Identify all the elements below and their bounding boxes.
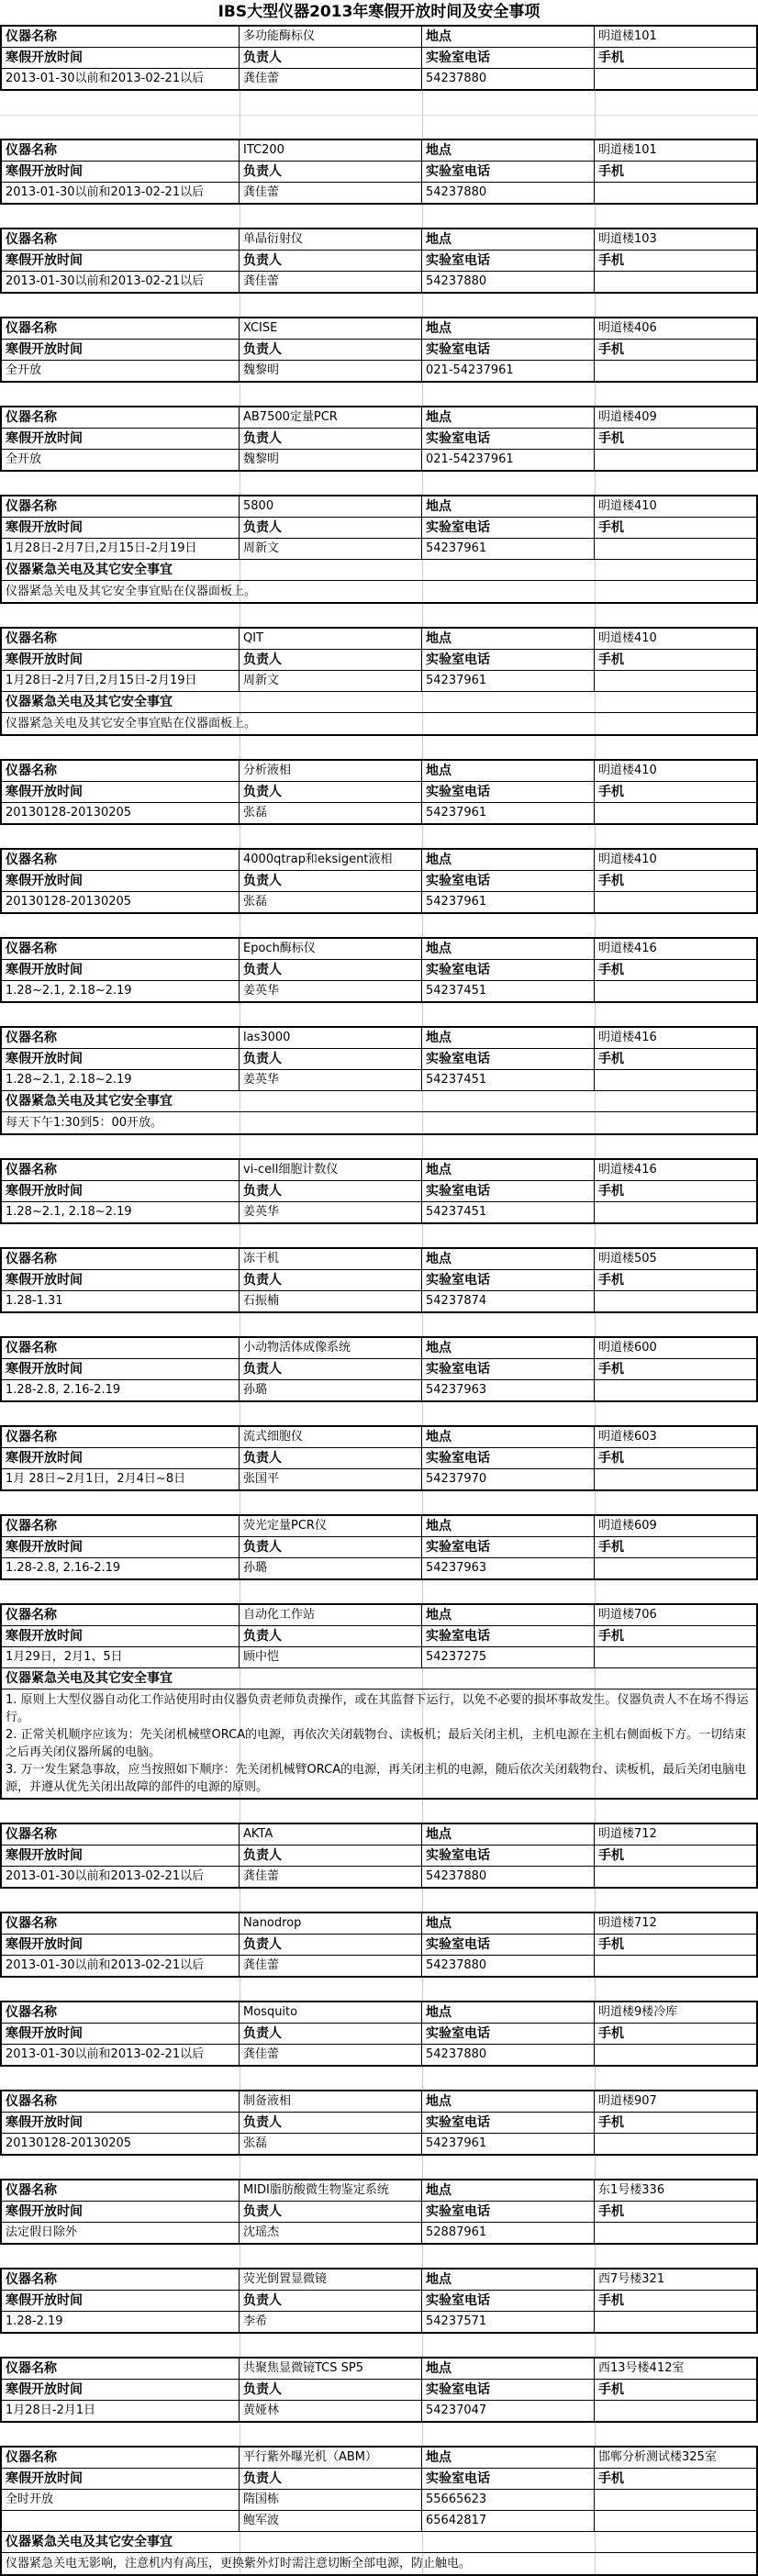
open-time-cell[interactable]: 2013-01-30以前和2013-02-21以后 bbox=[2, 1867, 240, 1887]
mobile-cell[interactable] bbox=[595, 1291, 756, 1311]
person-label-cell[interactable]: 负责人 bbox=[240, 1270, 422, 1290]
open-time-cell[interactable]: 全开放 bbox=[2, 361, 240, 381]
lab-phone-label-cell[interactable]: 实验室电话 bbox=[422, 871, 595, 891]
location-value-cell[interactable]: 邯郸分析测试楼325室 bbox=[595, 2448, 756, 2468]
mobile-cell[interactable] bbox=[595, 450, 756, 470]
lab-phone-cell[interactable]: 54237880 bbox=[422, 1956, 595, 1976]
lab-phone-label-cell[interactable]: 实验室电话 bbox=[422, 1846, 595, 1866]
person-cell[interactable]: 张磊 bbox=[240, 892, 422, 912]
instrument-name-value-cell[interactable]: 冻干机 bbox=[240, 1249, 422, 1269]
location-value-cell[interactable]: 明道楼409 bbox=[595, 407, 756, 428]
open-time-cell[interactable]: 20130128-20130205 bbox=[2, 803, 240, 823]
safety-header-cell[interactable]: 仪器紧急关电及其它安全事宜 bbox=[2, 1668, 756, 1689]
location-label-cell[interactable]: 地点 bbox=[422, 1913, 595, 1934]
instrument-name-label-cell[interactable]: 仪器名称 bbox=[2, 496, 240, 517]
location-label-cell[interactable]: 地点 bbox=[422, 1516, 595, 1536]
open-time-cell[interactable]: 全时开放 bbox=[2, 2490, 240, 2510]
instrument-name-value-cell[interactable]: AB7500定量PCR bbox=[240, 407, 422, 428]
person-cell[interactable]: 周新文 bbox=[240, 671, 422, 691]
mobile-label-cell[interactable]: 手机 bbox=[595, 1626, 756, 1646]
mobile-cell[interactable] bbox=[595, 1558, 756, 1578]
location-value-cell[interactable]: 明道楼416 bbox=[595, 1160, 756, 1180]
instrument-name-label-cell[interactable]: 仪器名称 bbox=[2, 1824, 240, 1845]
instrument-name-label-cell[interactable]: 仪器名称 bbox=[2, 2359, 240, 2379]
person-label-cell[interactable]: 负责人 bbox=[240, 162, 422, 182]
person-cell[interactable]: 黄娅林 bbox=[240, 2401, 422, 2421]
open-time-cell[interactable]: 1.28~2.1, 2.18~2.19 bbox=[2, 1202, 240, 1222]
lab-phone-cell[interactable]: 54237451 bbox=[422, 1202, 595, 1222]
lab-phone-label-cell[interactable]: 实验室电话 bbox=[422, 2202, 595, 2222]
person-label-cell[interactable]: 负责人 bbox=[240, 1359, 422, 1379]
instrument-name-value-cell[interactable]: 流式细胞仪 bbox=[240, 1427, 422, 1447]
instrument-name-value-cell[interactable]: 多功能酶标仪 bbox=[240, 27, 422, 47]
mobile-label-cell[interactable]: 手机 bbox=[595, 1935, 756, 1955]
lab-phone-label-cell[interactable]: 实验室电话 bbox=[422, 960, 595, 980]
open-time-cell[interactable]: 2013-01-30以前和2013-02-21以后 bbox=[2, 2045, 240, 2065]
location-label-cell[interactable]: 地点 bbox=[422, 850, 595, 870]
location-label-cell[interactable]: 地点 bbox=[422, 407, 595, 428]
open-time-cell[interactable] bbox=[2, 2511, 240, 2531]
lab-phone-cell[interactable]: 54237961 bbox=[422, 2134, 595, 2154]
person-cell[interactable]: 鲍军波 bbox=[240, 2511, 422, 2531]
instrument-name-label-cell[interactable]: 仪器名称 bbox=[2, 229, 240, 250]
instrument-name-label-cell[interactable]: 仪器名称 bbox=[2, 140, 240, 161]
lab-phone-cell[interactable]: 54237047 bbox=[422, 2401, 595, 2421]
location-value-cell[interactable]: 西13号楼412室 bbox=[595, 2359, 756, 2379]
person-label-cell[interactable]: 负责人 bbox=[240, 2469, 422, 2489]
location-value-cell[interactable]: 明道楼712 bbox=[595, 1824, 756, 1845]
lab-phone-label-cell[interactable]: 实验室电话 bbox=[422, 2024, 595, 2044]
lab-phone-cell[interactable]: 55665623 bbox=[422, 2490, 595, 2510]
safety-header-cell[interactable]: 仪器紧急关电及其它安全事宜 bbox=[2, 692, 756, 712]
instrument-name-value-cell[interactable]: 荧光倒置显微镜 bbox=[240, 2269, 422, 2290]
person-label-cell[interactable]: 负责人 bbox=[240, 871, 422, 891]
person-cell[interactable]: 孙璐 bbox=[240, 1558, 422, 1578]
instrument-name-label-cell[interactable]: 仪器名称 bbox=[2, 2269, 240, 2290]
mobile-cell[interactable] bbox=[595, 1956, 756, 1976]
mobile-label-cell[interactable]: 手机 bbox=[595, 2202, 756, 2222]
instrument-name-label-cell[interactable]: 仪器名称 bbox=[2, 27, 240, 47]
mobile-cell[interactable] bbox=[595, 1469, 756, 1489]
mobile-label-cell[interactable]: 手机 bbox=[595, 162, 756, 182]
safety-note-cell[interactable]: 1. 原则上大型仪器自动化工作站使用时由仪器负责老师负责操作，或在其监督下运行，… bbox=[2, 1689, 756, 1798]
person-cell[interactable]: 顾中恺 bbox=[240, 1647, 422, 1667]
lab-phone-label-cell[interactable]: 实验室电话 bbox=[422, 162, 595, 182]
person-label-cell[interactable]: 负责人 bbox=[240, 782, 422, 802]
person-label-cell[interactable]: 负责人 bbox=[240, 1935, 422, 1955]
person-label-cell[interactable]: 负责人 bbox=[240, 960, 422, 980]
open-time-cell[interactable]: 1.28~2.1, 2.18~2.19 bbox=[2, 981, 240, 1001]
lab-phone-label-cell[interactable]: 实验室电话 bbox=[422, 2291, 595, 2311]
location-label-cell[interactable]: 地点 bbox=[422, 2448, 595, 2468]
location-value-cell[interactable]: 明道楼410 bbox=[595, 761, 756, 781]
mobile-cell[interactable] bbox=[595, 183, 756, 203]
mobile-cell[interactable] bbox=[595, 2223, 756, 2243]
person-cell[interactable]: 姜英华 bbox=[240, 1070, 422, 1090]
person-label-cell[interactable]: 负责人 bbox=[240, 650, 422, 670]
person-cell[interactable]: 姜英华 bbox=[240, 981, 422, 1001]
mobile-cell[interactable] bbox=[595, 69, 756, 89]
open-time-cell[interactable]: 1月28日-2月7日,2月15日-2月19日 bbox=[2, 539, 240, 559]
lab-phone-cell[interactable]: 54237880 bbox=[422, 1867, 595, 1887]
lab-phone-cell[interactable]: 54237880 bbox=[422, 272, 595, 292]
mobile-cell[interactable] bbox=[595, 803, 756, 823]
open-time-cell[interactable]: 20130128-20130205 bbox=[2, 2134, 240, 2154]
mobile-cell[interactable] bbox=[595, 2134, 756, 2154]
open-time-label-cell[interactable]: 寒假开放时间 bbox=[2, 2380, 240, 2400]
mobile-label-cell[interactable]: 手机 bbox=[595, 340, 756, 360]
lab-phone-label-cell[interactable]: 实验室电话 bbox=[422, 429, 595, 449]
location-label-cell[interactable]: 地点 bbox=[422, 2180, 595, 2201]
lab-phone-cell[interactable]: 65642817 bbox=[422, 2511, 595, 2531]
lab-phone-cell[interactable]: 54237961 bbox=[422, 671, 595, 691]
mobile-label-cell[interactable]: 手机 bbox=[595, 2380, 756, 2400]
location-label-cell[interactable]: 地点 bbox=[422, 27, 595, 47]
open-time-cell[interactable]: 1.28~2.1, 2.18~2.19 bbox=[2, 1070, 240, 1090]
open-time-label-cell[interactable]: 寒假开放时间 bbox=[2, 429, 240, 449]
lab-phone-cell[interactable]: 54237451 bbox=[422, 1070, 595, 1090]
lab-phone-label-cell[interactable]: 实验室电话 bbox=[422, 1270, 595, 1290]
instrument-name-value-cell[interactable]: 分析液相 bbox=[240, 761, 422, 781]
instrument-name-label-cell[interactable]: 仪器名称 bbox=[2, 629, 240, 649]
lab-phone-label-cell[interactable]: 实验室电话 bbox=[422, 1935, 595, 1955]
location-value-cell[interactable]: 明道楼416 bbox=[595, 1028, 756, 1048]
mobile-cell[interactable] bbox=[595, 539, 756, 559]
safety-note-cell[interactable]: 仪器紧急关电及其它安全事宜贴在仪器面板上。 bbox=[2, 581, 756, 602]
open-time-cell[interactable]: 1.28-2.8, 2.16-2.19 bbox=[2, 1558, 240, 1578]
mobile-cell[interactable] bbox=[595, 892, 756, 912]
open-time-cell[interactable]: 1月29日，2月1、5日 bbox=[2, 1647, 240, 1667]
lab-phone-label-cell[interactable]: 实验室电话 bbox=[422, 1448, 595, 1468]
mobile-label-cell[interactable]: 手机 bbox=[595, 1049, 756, 1069]
person-cell[interactable]: 魏黎明 bbox=[240, 361, 422, 381]
lab-phone-cell[interactable]: 54237970 bbox=[422, 1469, 595, 1489]
person-label-cell[interactable]: 负责人 bbox=[240, 429, 422, 449]
location-value-cell[interactable]: 明道楼603 bbox=[595, 1427, 756, 1447]
lab-phone-cell[interactable]: 54237963 bbox=[422, 1558, 595, 1578]
location-label-cell[interactable]: 地点 bbox=[422, 1824, 595, 1845]
mobile-cell[interactable] bbox=[595, 1070, 756, 1090]
open-time-label-cell[interactable]: 寒假开放时间 bbox=[2, 2024, 240, 2044]
person-cell[interactable]: 隋国栋 bbox=[240, 2490, 422, 2510]
open-time-label-cell[interactable]: 寒假开放时间 bbox=[2, 48, 240, 68]
open-time-label-cell[interactable]: 寒假开放时间 bbox=[2, 1448, 240, 1468]
location-label-cell[interactable]: 地点 bbox=[422, 318, 595, 339]
location-label-cell[interactable]: 地点 bbox=[422, 2269, 595, 2290]
instrument-name-value-cell[interactable]: AKTA bbox=[240, 1824, 422, 1845]
mobile-label-cell[interactable]: 手机 bbox=[595, 782, 756, 802]
location-value-cell[interactable]: 明道楼609 bbox=[595, 1516, 756, 1536]
person-cell[interactable]: 龚佳蕾 bbox=[240, 69, 422, 89]
open-time-cell[interactable]: 2013-01-30以前和2013-02-21以后 bbox=[2, 272, 240, 292]
person-cell[interactable]: 龚佳蕾 bbox=[240, 183, 422, 203]
mobile-cell[interactable] bbox=[595, 1202, 756, 1222]
mobile-label-cell[interactable]: 手机 bbox=[595, 650, 756, 670]
lab-phone-cell[interactable]: 54237571 bbox=[422, 2312, 595, 2332]
mobile-cell[interactable] bbox=[595, 361, 756, 381]
open-time-label-cell[interactable]: 寒假开放时间 bbox=[2, 1626, 240, 1646]
lab-phone-label-cell[interactable]: 实验室电话 bbox=[422, 518, 595, 538]
lab-phone-cell[interactable]: 54237880 bbox=[422, 2045, 595, 2065]
location-label-cell[interactable]: 地点 bbox=[422, 1160, 595, 1180]
location-value-cell[interactable]: 明道楼706 bbox=[595, 1605, 756, 1625]
location-label-cell[interactable]: 地点 bbox=[422, 1338, 595, 1358]
open-time-label-cell[interactable]: 寒假开放时间 bbox=[2, 871, 240, 891]
lab-phone-label-cell[interactable]: 实验室电话 bbox=[422, 340, 595, 360]
mobile-label-cell[interactable]: 手机 bbox=[595, 2113, 756, 2133]
open-time-label-cell[interactable]: 寒假开放时间 bbox=[2, 518, 240, 538]
lab-phone-label-cell[interactable]: 实验室电话 bbox=[422, 1049, 595, 1069]
open-time-cell[interactable]: 2013-01-30以前和2013-02-21以后 bbox=[2, 183, 240, 203]
location-value-cell[interactable]: 明道楼103 bbox=[595, 229, 756, 250]
location-value-cell[interactable]: 明道楼712 bbox=[595, 1913, 756, 1934]
instrument-name-value-cell[interactable]: 5800 bbox=[240, 496, 422, 517]
instrument-name-value-cell[interactable]: las3000 bbox=[240, 1028, 422, 1048]
location-value-cell[interactable]: 西7号楼321 bbox=[595, 2269, 756, 2290]
safety-header-cell[interactable]: 仪器紧急关电及其它安全事宜 bbox=[2, 2532, 756, 2552]
instrument-name-label-cell[interactable]: 仪器名称 bbox=[2, 1028, 240, 1048]
lab-phone-cell[interactable]: 021-54237961 bbox=[422, 361, 595, 381]
open-time-cell[interactable]: 全开放 bbox=[2, 450, 240, 470]
person-label-cell[interactable]: 负责人 bbox=[240, 1181, 422, 1201]
open-time-label-cell[interactable]: 寒假开放时间 bbox=[2, 1537, 240, 1557]
person-label-cell[interactable]: 负责人 bbox=[240, 1537, 422, 1557]
mobile-label-cell[interactable]: 手机 bbox=[595, 1181, 756, 1201]
mobile-label-cell[interactable]: 手机 bbox=[595, 1846, 756, 1866]
open-time-cell[interactable]: 1.28-2.8, 2.16-2.19 bbox=[2, 1380, 240, 1400]
open-time-cell[interactable]: 1.28-2.19 bbox=[2, 2312, 240, 2332]
open-time-label-cell[interactable]: 寒假开放时间 bbox=[2, 340, 240, 360]
instrument-name-label-cell[interactable]: 仪器名称 bbox=[2, 2448, 240, 2468]
lab-phone-label-cell[interactable]: 实验室电话 bbox=[422, 2113, 595, 2133]
lab-phone-label-cell[interactable]: 实验室电话 bbox=[422, 650, 595, 670]
instrument-name-label-cell[interactable]: 仪器名称 bbox=[2, 2180, 240, 2201]
mobile-cell[interactable] bbox=[595, 1380, 756, 1400]
person-cell[interactable]: 张磊 bbox=[240, 2134, 422, 2154]
instrument-name-value-cell[interactable]: 共聚焦显微镜TCS SP5 bbox=[240, 2359, 422, 2379]
mobile-label-cell[interactable]: 手机 bbox=[595, 518, 756, 538]
location-value-cell[interactable]: 明道楼101 bbox=[595, 140, 756, 161]
person-label-cell[interactable]: 负责人 bbox=[240, 1846, 422, 1866]
open-time-cell[interactable]: 2013-01-30以前和2013-02-21以后 bbox=[2, 69, 240, 89]
lab-phone-cell[interactable]: 54237961 bbox=[422, 803, 595, 823]
location-value-cell[interactable]: 明道楼416 bbox=[595, 939, 756, 959]
location-label-cell[interactable]: 地点 bbox=[422, 1605, 595, 1625]
person-cell[interactable]: 龚佳蕾 bbox=[240, 2045, 422, 2065]
instrument-name-label-cell[interactable]: 仪器名称 bbox=[2, 1516, 240, 1536]
instrument-name-value-cell[interactable]: XCISE bbox=[240, 318, 422, 339]
instrument-name-value-cell[interactable]: ITC200 bbox=[240, 140, 422, 161]
instrument-name-label-cell[interactable]: 仪器名称 bbox=[2, 2002, 240, 2023]
location-value-cell[interactable]: 明道楼406 bbox=[595, 318, 756, 339]
lab-phone-label-cell[interactable]: 实验室电话 bbox=[422, 2380, 595, 2400]
safety-note-cell[interactable]: 仪器紧急关电及其它安全事宜贴在仪器面板上。 bbox=[2, 713, 756, 734]
mobile-label-cell[interactable]: 手机 bbox=[595, 251, 756, 271]
open-time-label-cell[interactable]: 寒假开放时间 bbox=[2, 1359, 240, 1379]
instrument-name-value-cell[interactable]: Nanodrop bbox=[240, 1913, 422, 1934]
open-time-label-cell[interactable]: 寒假开放时间 bbox=[2, 960, 240, 980]
location-value-cell[interactable]: 明道楼101 bbox=[595, 27, 756, 47]
instrument-name-value-cell[interactable]: 制备液相 bbox=[240, 2091, 422, 2112]
lab-phone-cell[interactable]: 54237880 bbox=[422, 183, 595, 203]
open-time-label-cell[interactable]: 寒假开放时间 bbox=[2, 782, 240, 802]
location-label-cell[interactable]: 地点 bbox=[422, 629, 595, 649]
person-cell[interactable]: 魏黎明 bbox=[240, 450, 422, 470]
lab-phone-label-cell[interactable]: 实验室电话 bbox=[422, 1359, 595, 1379]
mobile-cell[interactable] bbox=[595, 2045, 756, 2065]
person-cell[interactable]: 龚佳蕾 bbox=[240, 1956, 422, 1976]
safety-header-cell[interactable]: 仪器紧急关电及其它安全事宜 bbox=[2, 560, 756, 580]
instrument-name-label-cell[interactable]: 仪器名称 bbox=[2, 407, 240, 428]
open-time-label-cell[interactable]: 寒假开放时间 bbox=[2, 251, 240, 271]
safety-note-cell[interactable]: 仪器紧急关电无影响，注意机内有高压，更换紫外灯时需注意切断全部电源，防止触电。 bbox=[2, 2553, 756, 2574]
location-value-cell[interactable]: 明道楼410 bbox=[595, 629, 756, 649]
mobile-cell[interactable] bbox=[595, 981, 756, 1001]
location-label-cell[interactable]: 地点 bbox=[422, 2091, 595, 2112]
instrument-name-value-cell[interactable]: MIDI脂肪酸微生物鉴定系统 bbox=[240, 2180, 422, 2201]
person-label-cell[interactable]: 负责人 bbox=[240, 251, 422, 271]
lab-phone-label-cell[interactable]: 实验室电话 bbox=[422, 1537, 595, 1557]
mobile-label-cell[interactable]: 手机 bbox=[595, 2024, 756, 2044]
instrument-name-value-cell[interactable]: vi-cell细胞计数仪 bbox=[240, 1160, 422, 1180]
person-cell[interactable]: 石振楠 bbox=[240, 1291, 422, 1311]
location-value-cell[interactable]: 东1号楼336 bbox=[595, 2180, 756, 2201]
lab-phone-label-cell[interactable]: 实验室电话 bbox=[422, 48, 595, 68]
person-cell[interactable]: 龚佳蕾 bbox=[240, 1867, 422, 1887]
mobile-cell[interactable] bbox=[595, 2490, 756, 2510]
safety-note-cell[interactable]: 每天下午1:30到5：00开放。 bbox=[2, 1112, 756, 1133]
instrument-name-value-cell[interactable]: QIT bbox=[240, 629, 422, 649]
lab-phone-cell[interactable]: 54237961 bbox=[422, 892, 595, 912]
open-time-cell[interactable]: 1月28日-2月7日,2月15日-2月19日 bbox=[2, 671, 240, 691]
instrument-name-value-cell[interactable]: 荧光定量PCR仪 bbox=[240, 1516, 422, 1536]
person-label-cell[interactable]: 负责人 bbox=[240, 1626, 422, 1646]
location-label-cell[interactable]: 地点 bbox=[422, 140, 595, 161]
person-label-cell[interactable]: 负责人 bbox=[240, 1049, 422, 1069]
person-cell[interactable]: 沈瑶杰 bbox=[240, 2223, 422, 2243]
mobile-label-cell[interactable]: 手机 bbox=[595, 1537, 756, 1557]
open-time-label-cell[interactable]: 寒假开放时间 bbox=[2, 650, 240, 670]
open-time-cell[interactable]: 法定假日除外 bbox=[2, 2223, 240, 2243]
instrument-name-label-cell[interactable]: 仪器名称 bbox=[2, 850, 240, 870]
mobile-cell[interactable] bbox=[595, 1647, 756, 1667]
person-label-cell[interactable]: 负责人 bbox=[240, 2202, 422, 2222]
open-time-cell[interactable]: 20130128-20130205 bbox=[2, 892, 240, 912]
location-label-cell[interactable]: 地点 bbox=[422, 2002, 595, 2023]
mobile-label-cell[interactable]: 手机 bbox=[595, 1270, 756, 1290]
open-time-label-cell[interactable]: 寒假开放时间 bbox=[2, 2113, 240, 2133]
mobile-label-cell[interactable]: 手机 bbox=[595, 1359, 756, 1379]
location-label-cell[interactable]: 地点 bbox=[422, 1427, 595, 1447]
person-label-cell[interactable]: 负责人 bbox=[240, 2024, 422, 2044]
mobile-cell[interactable] bbox=[595, 2312, 756, 2332]
location-value-cell[interactable]: 明道楼410 bbox=[595, 850, 756, 870]
lab-phone-cell[interactable]: 54237451 bbox=[422, 981, 595, 1001]
open-time-label-cell[interactable]: 寒假开放时间 bbox=[2, 2291, 240, 2311]
instrument-name-value-cell[interactable]: Mosquito bbox=[240, 2002, 422, 2023]
person-label-cell[interactable]: 负责人 bbox=[240, 48, 422, 68]
instrument-name-label-cell[interactable]: 仪器名称 bbox=[2, 761, 240, 781]
open-time-label-cell[interactable]: 寒假开放时间 bbox=[2, 1049, 240, 1069]
lab-phone-cell[interactable]: 54237961 bbox=[422, 539, 595, 559]
mobile-label-cell[interactable]: 手机 bbox=[595, 960, 756, 980]
open-time-cell[interactable]: 1月28日-2月1日 bbox=[2, 2401, 240, 2421]
mobile-label-cell[interactable]: 手机 bbox=[595, 1448, 756, 1468]
location-label-cell[interactable]: 地点 bbox=[422, 1249, 595, 1269]
instrument-name-label-cell[interactable]: 仪器名称 bbox=[2, 939, 240, 959]
instrument-name-value-cell[interactable]: Epoch酶标仪 bbox=[240, 939, 422, 959]
mobile-cell[interactable] bbox=[595, 2401, 756, 2421]
lab-phone-cell[interactable]: 52887961 bbox=[422, 2223, 595, 2243]
mobile-label-cell[interactable]: 手机 bbox=[595, 48, 756, 68]
location-label-cell[interactable]: 地点 bbox=[422, 761, 595, 781]
open-time-label-cell[interactable]: 寒假开放时间 bbox=[2, 1270, 240, 1290]
instrument-name-value-cell[interactable]: 自动化工作站 bbox=[240, 1605, 422, 1625]
person-label-cell[interactable]: 负责人 bbox=[240, 1448, 422, 1468]
person-cell[interactable]: 张磊 bbox=[240, 803, 422, 823]
location-value-cell[interactable]: 明道楼505 bbox=[595, 1249, 756, 1269]
lab-phone-cell[interactable]: 54237874 bbox=[422, 1291, 595, 1311]
instrument-name-value-cell[interactable]: 平行紫外曝光机（ABM） bbox=[240, 2448, 422, 2468]
instrument-name-label-cell[interactable]: 仪器名称 bbox=[2, 1338, 240, 1358]
mobile-label-cell[interactable]: 手机 bbox=[595, 2469, 756, 2489]
person-cell[interactable]: 孙璐 bbox=[240, 1380, 422, 1400]
person-cell[interactable]: 龚佳蕾 bbox=[240, 272, 422, 292]
open-time-cell[interactable]: 1.28-1.31 bbox=[2, 1291, 240, 1311]
location-value-cell[interactable]: 明道楼600 bbox=[595, 1338, 756, 1358]
mobile-cell[interactable] bbox=[595, 2511, 756, 2531]
instrument-name-label-cell[interactable]: 仪器名称 bbox=[2, 1427, 240, 1447]
person-label-cell[interactable]: 负责人 bbox=[240, 2380, 422, 2400]
lab-phone-cell[interactable]: 54237963 bbox=[422, 1380, 595, 1400]
safety-header-cell[interactable]: 仪器紧急关电及其它安全事宜 bbox=[2, 1091, 756, 1111]
mobile-label-cell[interactable]: 手机 bbox=[595, 2291, 756, 2311]
instrument-name-label-cell[interactable]: 仪器名称 bbox=[2, 318, 240, 339]
lab-phone-cell[interactable]: 021-54237961 bbox=[422, 450, 595, 470]
mobile-cell[interactable] bbox=[595, 272, 756, 292]
person-cell[interactable]: 张国平 bbox=[240, 1469, 422, 1489]
instrument-name-label-cell[interactable]: 仪器名称 bbox=[2, 1605, 240, 1625]
open-time-cell[interactable]: 2013-01-30以前和2013-02-21以后 bbox=[2, 1956, 240, 1976]
lab-phone-label-cell[interactable]: 实验室电话 bbox=[422, 251, 595, 271]
location-label-cell[interactable]: 地点 bbox=[422, 939, 595, 959]
instrument-name-value-cell[interactable]: 4000qtrap和eksigent液相 bbox=[240, 850, 422, 870]
location-value-cell[interactable]: 明道楼410 bbox=[595, 496, 756, 517]
mobile-label-cell[interactable]: 手机 bbox=[595, 871, 756, 891]
person-label-cell[interactable]: 负责人 bbox=[240, 2291, 422, 2311]
location-value-cell[interactable]: 明道楼907 bbox=[595, 2091, 756, 2112]
lab-phone-label-cell[interactable]: 实验室电话 bbox=[422, 2469, 595, 2489]
person-cell[interactable]: 姜英华 bbox=[240, 1202, 422, 1222]
person-label-cell[interactable]: 负责人 bbox=[240, 518, 422, 538]
lab-phone-cell[interactable]: 54237275 bbox=[422, 1647, 595, 1667]
open-time-cell[interactable]: 1月 28日~2月1日，2月4日~8日 bbox=[2, 1469, 240, 1489]
location-value-cell[interactable]: 明道楼9楼冷库 bbox=[595, 2002, 756, 2023]
person-label-cell[interactable]: 负责人 bbox=[240, 340, 422, 360]
mobile-label-cell[interactable]: 手机 bbox=[595, 429, 756, 449]
person-cell[interactable]: 周新文 bbox=[240, 539, 422, 559]
mobile-cell[interactable] bbox=[595, 671, 756, 691]
open-time-label-cell[interactable]: 寒假开放时间 bbox=[2, 1846, 240, 1866]
instrument-name-label-cell[interactable]: 仪器名称 bbox=[2, 1249, 240, 1269]
lab-phone-label-cell[interactable]: 实验室电话 bbox=[422, 782, 595, 802]
instrument-name-value-cell[interactable]: 单晶衍射仪 bbox=[240, 229, 422, 250]
open-time-label-cell[interactable]: 寒假开放时间 bbox=[2, 162, 240, 182]
instrument-name-label-cell[interactable]: 仪器名称 bbox=[2, 1913, 240, 1934]
lab-phone-label-cell[interactable]: 实验室电话 bbox=[422, 1181, 595, 1201]
location-label-cell[interactable]: 地点 bbox=[422, 2359, 595, 2379]
location-label-cell[interactable]: 地点 bbox=[422, 496, 595, 517]
